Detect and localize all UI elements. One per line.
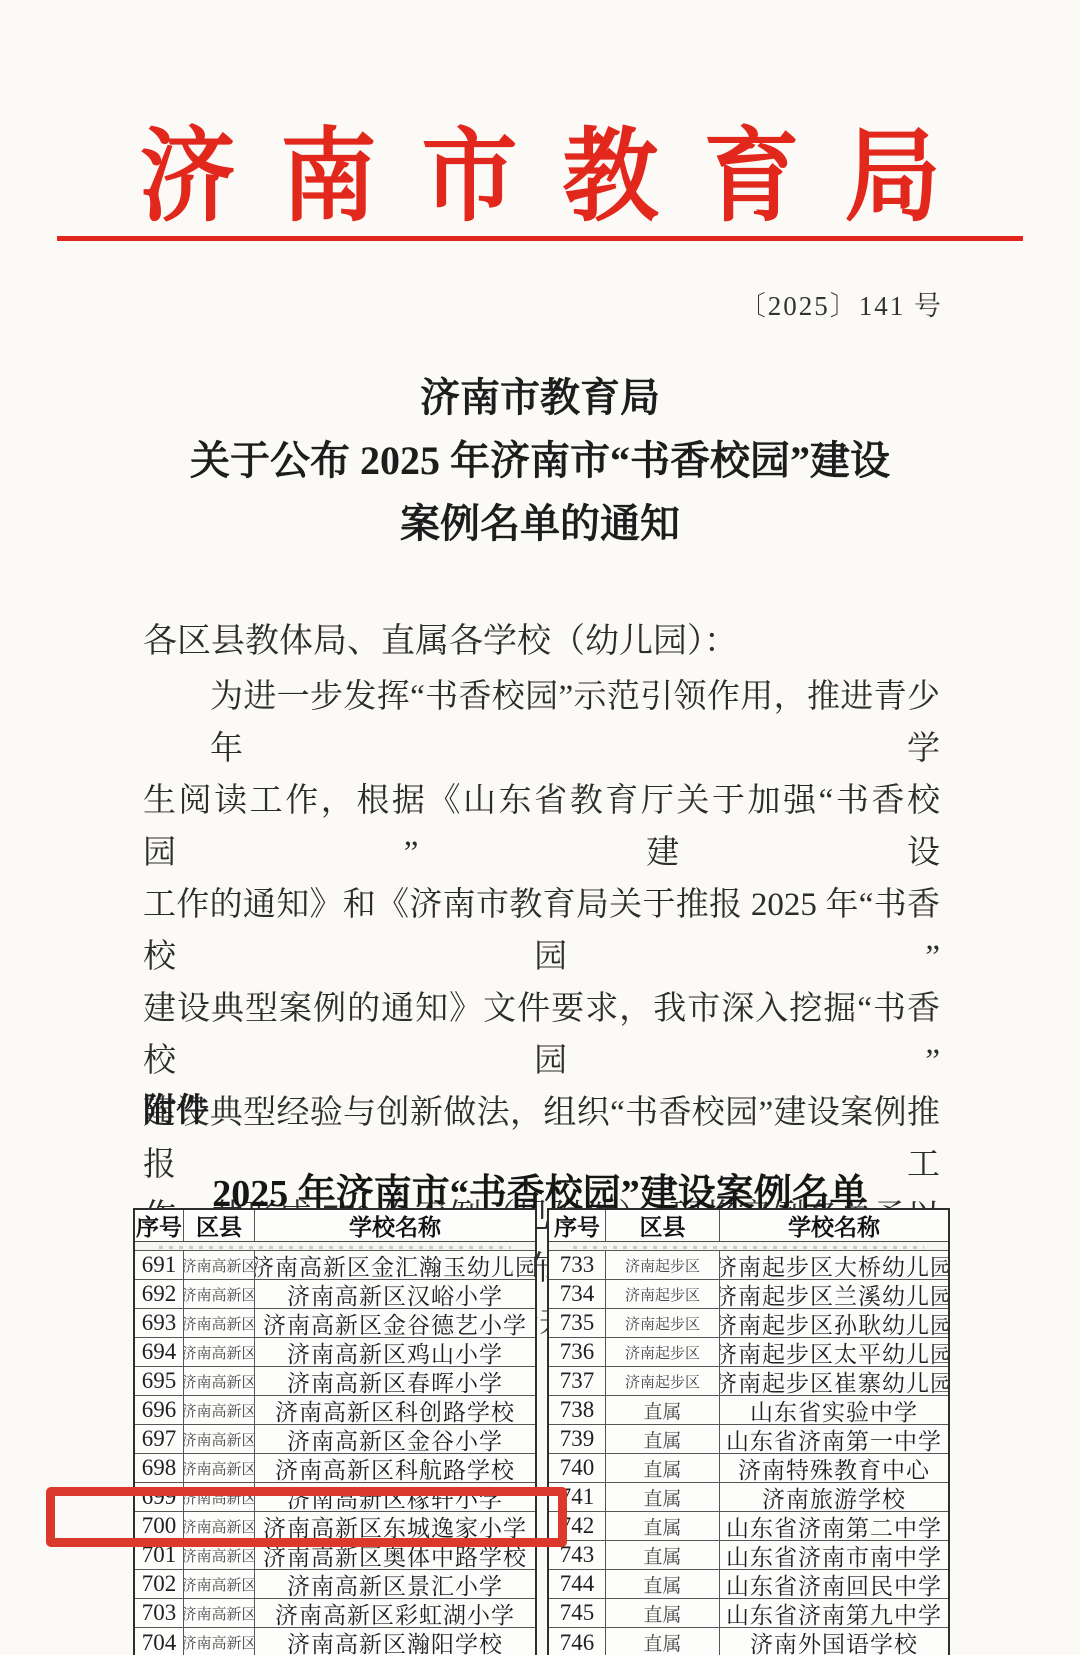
paragraph-line: 为进一步发挥“书香校园”示范引领作用，推进青少年学 [143,671,940,775]
column-header-district: 区县 [605,1210,719,1241]
school-name: 济南高新区鸡山小学 [254,1338,535,1366]
school-name: 济南高新区彩虹湖小学 [254,1599,535,1627]
school-name: 济南高新区景汇小学 [254,1570,535,1598]
district-name: 济南高新区 [183,1512,254,1540]
school-name: 济南高新区金谷小学 [254,1425,535,1453]
row-number: 697 [135,1425,183,1453]
district-name: 济南高新区 [183,1483,254,1511]
table-row: 691济南高新区济南高新区金汇瀚玉幼儿园 [135,1251,535,1280]
paragraph-line: 建设典型案例的通知》文件要求，我市深入挖掘“书香校园” [143,983,940,1087]
paragraph-line: 生阅读工作，根据《山东省教育厅关于加强“书香校园”建设 [143,775,940,879]
district-name: 直属 [605,1425,719,1453]
district-name: 济南高新区 [183,1541,254,1569]
table-row: 738直属山东省实验中学 [549,1396,948,1425]
school-name: 山东省济南市南中学 [719,1541,948,1569]
row-number: 693 [135,1309,183,1337]
district-name: 直属 [605,1483,719,1511]
column-header-school: 学校名称 [719,1210,948,1241]
paragraph-line: 工作的通知》和《济南市教育局关于推报 2025 年“书香校园” [143,879,940,983]
table-body: 691济南高新区济南高新区金汇瀚玉幼儿园692济南高新区济南高新区汉峪小学693… [135,1251,535,1655]
school-name: 济南高新区科创路学校 [254,1396,535,1424]
row-number: 741 [549,1483,605,1511]
table-row: 704济南高新区济南高新区瀚阳学校 [135,1628,535,1655]
table-row: 744直属山东省济南回民中学 [549,1570,948,1599]
document-page: 济南市教育局 〔2025〕141 号 济南市教育局 关于公布 2025 年济南市… [0,0,1080,1655]
row-number: 695 [135,1367,183,1395]
district-name: 直属 [605,1512,719,1540]
district-name: 济南高新区 [183,1367,254,1395]
row-number: 738 [549,1396,605,1424]
school-name: 济南高新区东城逸家小学 [254,1512,535,1540]
district-name: 济南起步区 [605,1280,719,1308]
column-header-number: 序号 [549,1210,605,1241]
row-number: 745 [549,1599,605,1627]
title-line-1: 济南市教育局 [0,366,1080,429]
district-name: 济南高新区 [183,1251,254,1279]
school-name: 济南高新区汉峪小学 [254,1280,535,1308]
school-name: 济南外国语学校 [719,1628,948,1655]
table-row: 736济南起步区济南起步区太平幼儿园 [549,1338,948,1367]
district-name: 济南起步区 [605,1338,719,1366]
district-name: 直属 [605,1599,719,1627]
school-name: 济南起步区大桥幼儿园 [719,1251,948,1279]
row-number: 702 [135,1570,183,1598]
school-name: 济南起步区孙耿幼儿园 [719,1309,948,1337]
district-name: 济南高新区 [183,1599,254,1627]
row-number: 740 [549,1454,605,1482]
row-number: 696 [135,1396,183,1424]
table-row: 741直属济南旅游学校 [549,1483,948,1512]
table-row: 746直属济南外国语学校 [549,1628,948,1655]
column-header-school: 学校名称 [254,1210,535,1241]
agency-masthead: 济南市教育局 [0,96,1080,241]
table-row: 740直属济南特殊教育中心 [549,1454,948,1483]
table-body: 733济南起步区济南起步区大桥幼儿园734济南起步区济南起步区兰溪幼儿园735济… [549,1251,948,1655]
school-name: 济南高新区科航路学校 [254,1454,535,1482]
table-row: 697济南高新区济南高新区金谷小学 [135,1425,535,1454]
table-header-row: 序号 区县 学校名称 [135,1210,535,1242]
table-row: 693济南高新区济南高新区金谷德艺小学 [135,1309,535,1338]
district-name: 济南高新区 [183,1309,254,1337]
clipped-row-artifact [135,1242,535,1251]
row-number: 742 [549,1512,605,1540]
table-row: 701济南高新区济南高新区奥体中路学校 [135,1541,535,1570]
table-row: 699济南高新区济南高新区稼轩小学 [135,1483,535,1512]
table-row: 734济南起步区济南起步区兰溪幼儿园 [549,1280,948,1309]
table-row: 700济南高新区济南高新区东城逸家小学 [135,1512,535,1541]
row-number: 698 [135,1454,183,1482]
district-name: 济南高新区 [183,1338,254,1366]
school-name: 济南高新区金汇瀚玉幼儿园 [254,1251,535,1279]
school-name: 山东省济南第九中学 [719,1599,948,1627]
salutation: 各区县教体局、直属各学校（幼儿园）： [143,613,943,662]
title-line-2: 关于公布 2025 年济南市“书香校园”建设 [0,429,1080,492]
district-name: 直属 [605,1454,719,1482]
school-name: 济南高新区稼轩小学 [254,1483,535,1511]
district-name: 直属 [605,1570,719,1598]
row-number: 703 [135,1599,183,1627]
district-name: 直属 [605,1396,719,1424]
district-name: 济南起步区 [605,1251,719,1279]
document-number: 〔2025〕141 号 [739,284,943,323]
attachment-label: 附件 [143,1084,209,1131]
school-name: 济南起步区兰溪幼儿园 [719,1280,948,1308]
column-header-number: 序号 [135,1210,183,1241]
row-number: 701 [135,1541,183,1569]
table-row: 698济南高新区济南高新区科航路学校 [135,1454,535,1483]
document-title: 济南市教育局 关于公布 2025 年济南市“书香校园”建设 案例名单的通知 [0,366,1080,555]
table-row: 737济南起步区济南起步区崔寨幼儿园 [549,1367,948,1396]
row-number: 700 [135,1512,183,1540]
district-name: 济南高新区 [183,1454,254,1482]
school-name: 济南高新区瀚阳学校 [254,1628,535,1655]
table-row: 696济南高新区济南高新区科创路学校 [135,1396,535,1425]
school-name: 山东省济南第一中学 [719,1425,948,1453]
row-number: 736 [549,1338,605,1366]
district-name: 直属 [605,1541,719,1569]
row-number: 691 [135,1251,183,1279]
district-name: 济南高新区 [183,1396,254,1424]
table-row: 702济南高新区济南高新区景汇小学 [135,1570,535,1599]
row-number: 746 [549,1628,605,1655]
school-name: 山东省济南第二中学 [719,1512,948,1540]
row-number: 692 [135,1280,183,1308]
row-number: 734 [549,1280,605,1308]
school-name: 济南高新区金谷德艺小学 [254,1309,535,1337]
school-name: 济南旅游学校 [719,1483,948,1511]
district-name: 济南起步区 [605,1309,719,1337]
masthead-divider [57,236,1023,241]
district-name: 济南高新区 [183,1425,254,1453]
district-name: 济南高新区 [183,1280,254,1308]
district-name: 济南高新区 [183,1628,254,1655]
row-number: 739 [549,1425,605,1453]
table-row: 743直属山东省济南市南中学 [549,1541,948,1570]
column-header-district: 区县 [183,1210,254,1241]
row-number: 735 [549,1309,605,1337]
school-list-tables: 序号 区县 学校名称 691济南高新区济南高新区金汇瀚玉幼儿园692济南高新区济… [133,1208,950,1655]
table-header-row: 序号 区县 学校名称 [549,1210,948,1242]
row-number: 744 [549,1570,605,1598]
table-row: 742直属山东省济南第二中学 [549,1512,948,1541]
table-row: 703济南高新区济南高新区彩虹湖小学 [135,1599,535,1628]
row-number: 694 [135,1338,183,1366]
school-table-left: 序号 区县 学校名称 691济南高新区济南高新区金汇瀚玉幼儿园692济南高新区济… [133,1208,537,1655]
table-row: 733济南起步区济南起步区大桥幼儿园 [549,1251,948,1280]
row-number: 733 [549,1251,605,1279]
school-table-right: 序号 区县 学校名称 733济南起步区济南起步区大桥幼儿园734济南起步区济南起… [547,1208,950,1655]
row-number: 704 [135,1628,183,1655]
clipped-row-artifact [549,1242,948,1251]
table-row: 735济南起步区济南起步区孙耿幼儿园 [549,1309,948,1338]
district-name: 济南起步区 [605,1367,719,1395]
school-name: 山东省济南回民中学 [719,1570,948,1598]
school-name: 济南特殊教育中心 [719,1454,948,1482]
school-name: 济南起步区太平幼儿园 [719,1338,948,1366]
district-name: 直属 [605,1628,719,1655]
table-row: 694济南高新区济南高新区鸡山小学 [135,1338,535,1367]
school-name: 山东省实验中学 [719,1396,948,1424]
school-name: 济南高新区奥体中路学校 [254,1541,535,1569]
title-line-3: 案例名单的通知 [0,492,1080,555]
table-row: 739直属山东省济南第一中学 [549,1425,948,1454]
table-row: 745直属山东省济南第九中学 [549,1599,948,1628]
table-row: 695济南高新区济南高新区春晖小学 [135,1367,535,1396]
district-name: 济南高新区 [183,1570,254,1598]
row-number: 699 [135,1483,183,1511]
table-row: 692济南高新区济南高新区汉峪小学 [135,1280,535,1309]
row-number: 737 [549,1367,605,1395]
school-name: 济南起步区崔寨幼儿园 [719,1367,948,1395]
row-number: 743 [549,1541,605,1569]
school-name: 济南高新区春晖小学 [254,1367,535,1395]
